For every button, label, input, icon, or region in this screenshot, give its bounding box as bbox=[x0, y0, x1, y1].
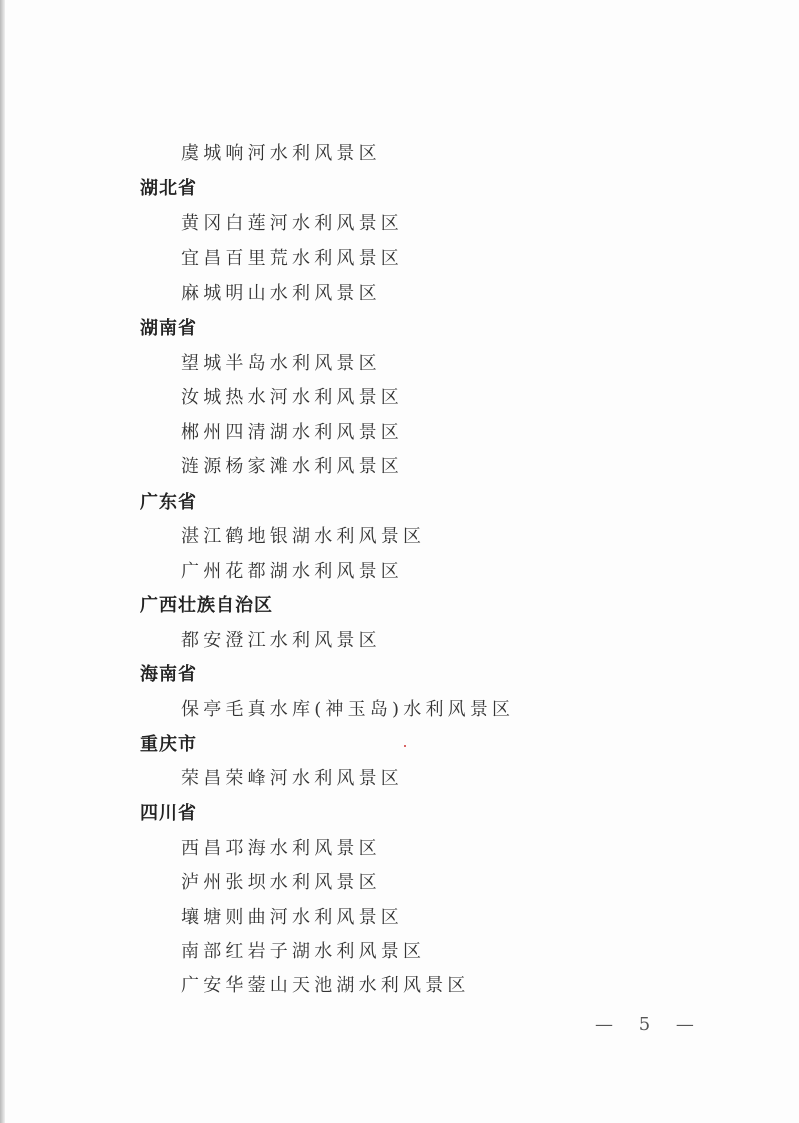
scan-speck bbox=[404, 745, 406, 747]
list-item: 西昌邛海水利风景区 bbox=[181, 840, 381, 858]
province-heading: 重庆市 bbox=[140, 736, 197, 754]
list-item: 宜昌百里荒水利风景区 bbox=[181, 250, 403, 268]
province-heading: 湖北省 bbox=[140, 180, 197, 198]
list-item: 涟源杨家滩水利风景区 bbox=[181, 458, 403, 476]
scan-edge bbox=[0, 0, 5, 1123]
province-heading: 湖南省 bbox=[140, 320, 197, 338]
list-item: 郴州四清湖水利风景区 bbox=[181, 424, 403, 442]
list-item: 泸州张坝水利风景区 bbox=[181, 874, 381, 892]
list-item: 广州花都湖水利风景区 bbox=[181, 563, 403, 581]
province-heading: 广东省 bbox=[140, 494, 197, 512]
list-item: 广安华蓥山天池湖水利风景区 bbox=[181, 977, 470, 995]
list-item: 汝城热水河水利风景区 bbox=[181, 389, 403, 407]
province-heading: 广西壮族自治区 bbox=[140, 597, 273, 615]
list-item: 麻城明山水利风景区 bbox=[181, 285, 381, 303]
list-item: 虞城响河水利风景区 bbox=[181, 145, 381, 163]
list-item: 壤塘则曲河水利风景区 bbox=[181, 909, 403, 927]
province-heading: 海南省 bbox=[140, 666, 197, 684]
list-item: 荣昌荣峰河水利风景区 bbox=[181, 770, 403, 788]
list-item: 保亭毛真水库(神玉岛)水利风景区 bbox=[181, 701, 514, 719]
list-item: 望城半岛水利风景区 bbox=[181, 355, 381, 373]
list-item: 黄冈白莲河水利风景区 bbox=[181, 215, 403, 233]
list-item: 南部红岩子湖水利风景区 bbox=[181, 943, 425, 961]
page-number: — 5 — bbox=[595, 1014, 704, 1035]
list-item: 湛江鹤地银湖水利风景区 bbox=[181, 528, 425, 546]
province-heading: 四川省 bbox=[140, 805, 197, 823]
list-item: 都安澄江水利风景区 bbox=[181, 632, 381, 650]
